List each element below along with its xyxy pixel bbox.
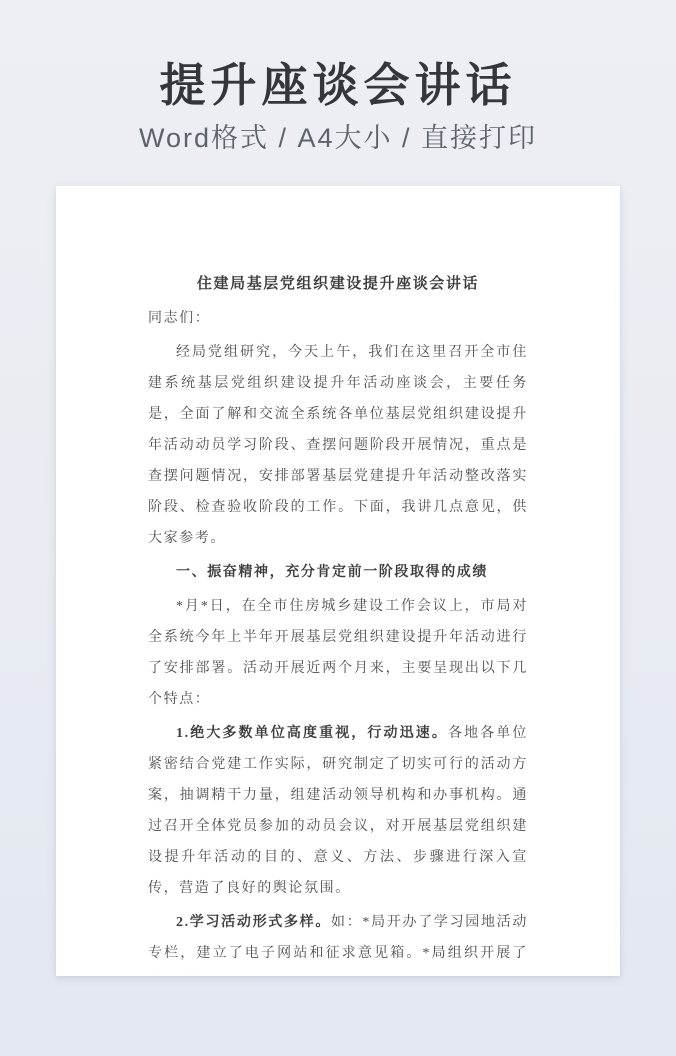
point-1-body: 各地各单位紧密结合党建工作实际，研究制定了切实可行的活动方案，抽调精干力量，组建… — [148, 726, 528, 896]
document-sheet: 住建局基层党组织建设提升座谈会讲话 同志们： 经局党组研究，今天上午，我们在这里… — [56, 186, 620, 976]
document-body: 住建局基层党组织建设提升座谈会讲话 同志们： 经局党组研究，今天上午，我们在这里… — [148, 269, 528, 976]
section-1-heading: 一、振奋精神，充分肯定前一阶段取得的成绩 — [148, 557, 528, 588]
banner-format-subtitle: Word格式 / A4大小 / 直接打印 — [0, 123, 676, 153]
banner-title: 提升座谈会讲话 — [0, 60, 676, 110]
point-2-paragraph: 2.学习活动形式多样。如：*局开办了学习园地活动专栏，建立了电子网站和征求意见箱… — [148, 907, 528, 976]
point-1-lead: 1.绝大多数单位高度重视，行动迅速。 — [176, 726, 448, 741]
point-2-lead: 2.学习活动形式多样。 — [176, 915, 331, 930]
point-1-paragraph: 1.绝大多数单位高度重视，行动迅速。各地各单位紧密结合党建工作实际，研究制定了切… — [148, 718, 528, 904]
intro-paragraph: 经局党组研究，今天上午，我们在这里召开全市住建系统基层党组织建设提升年活动座谈会… — [148, 337, 528, 554]
banner: 提升座谈会讲话 Word格式 / A4大小 / 直接打印 — [0, 0, 676, 153]
salutation: 同志们： — [148, 303, 528, 334]
section-1-intro-paragraph: *月*日，在全市住房城乡建设工作会议上，市局对全系统今年上半年开展基层党组织建设… — [148, 591, 528, 715]
document-title: 住建局基层党组织建设提升座谈会讲话 — [148, 269, 528, 300]
template-preview-page: { "colors": { "background_top": "#edeff4… — [0, 0, 676, 1056]
